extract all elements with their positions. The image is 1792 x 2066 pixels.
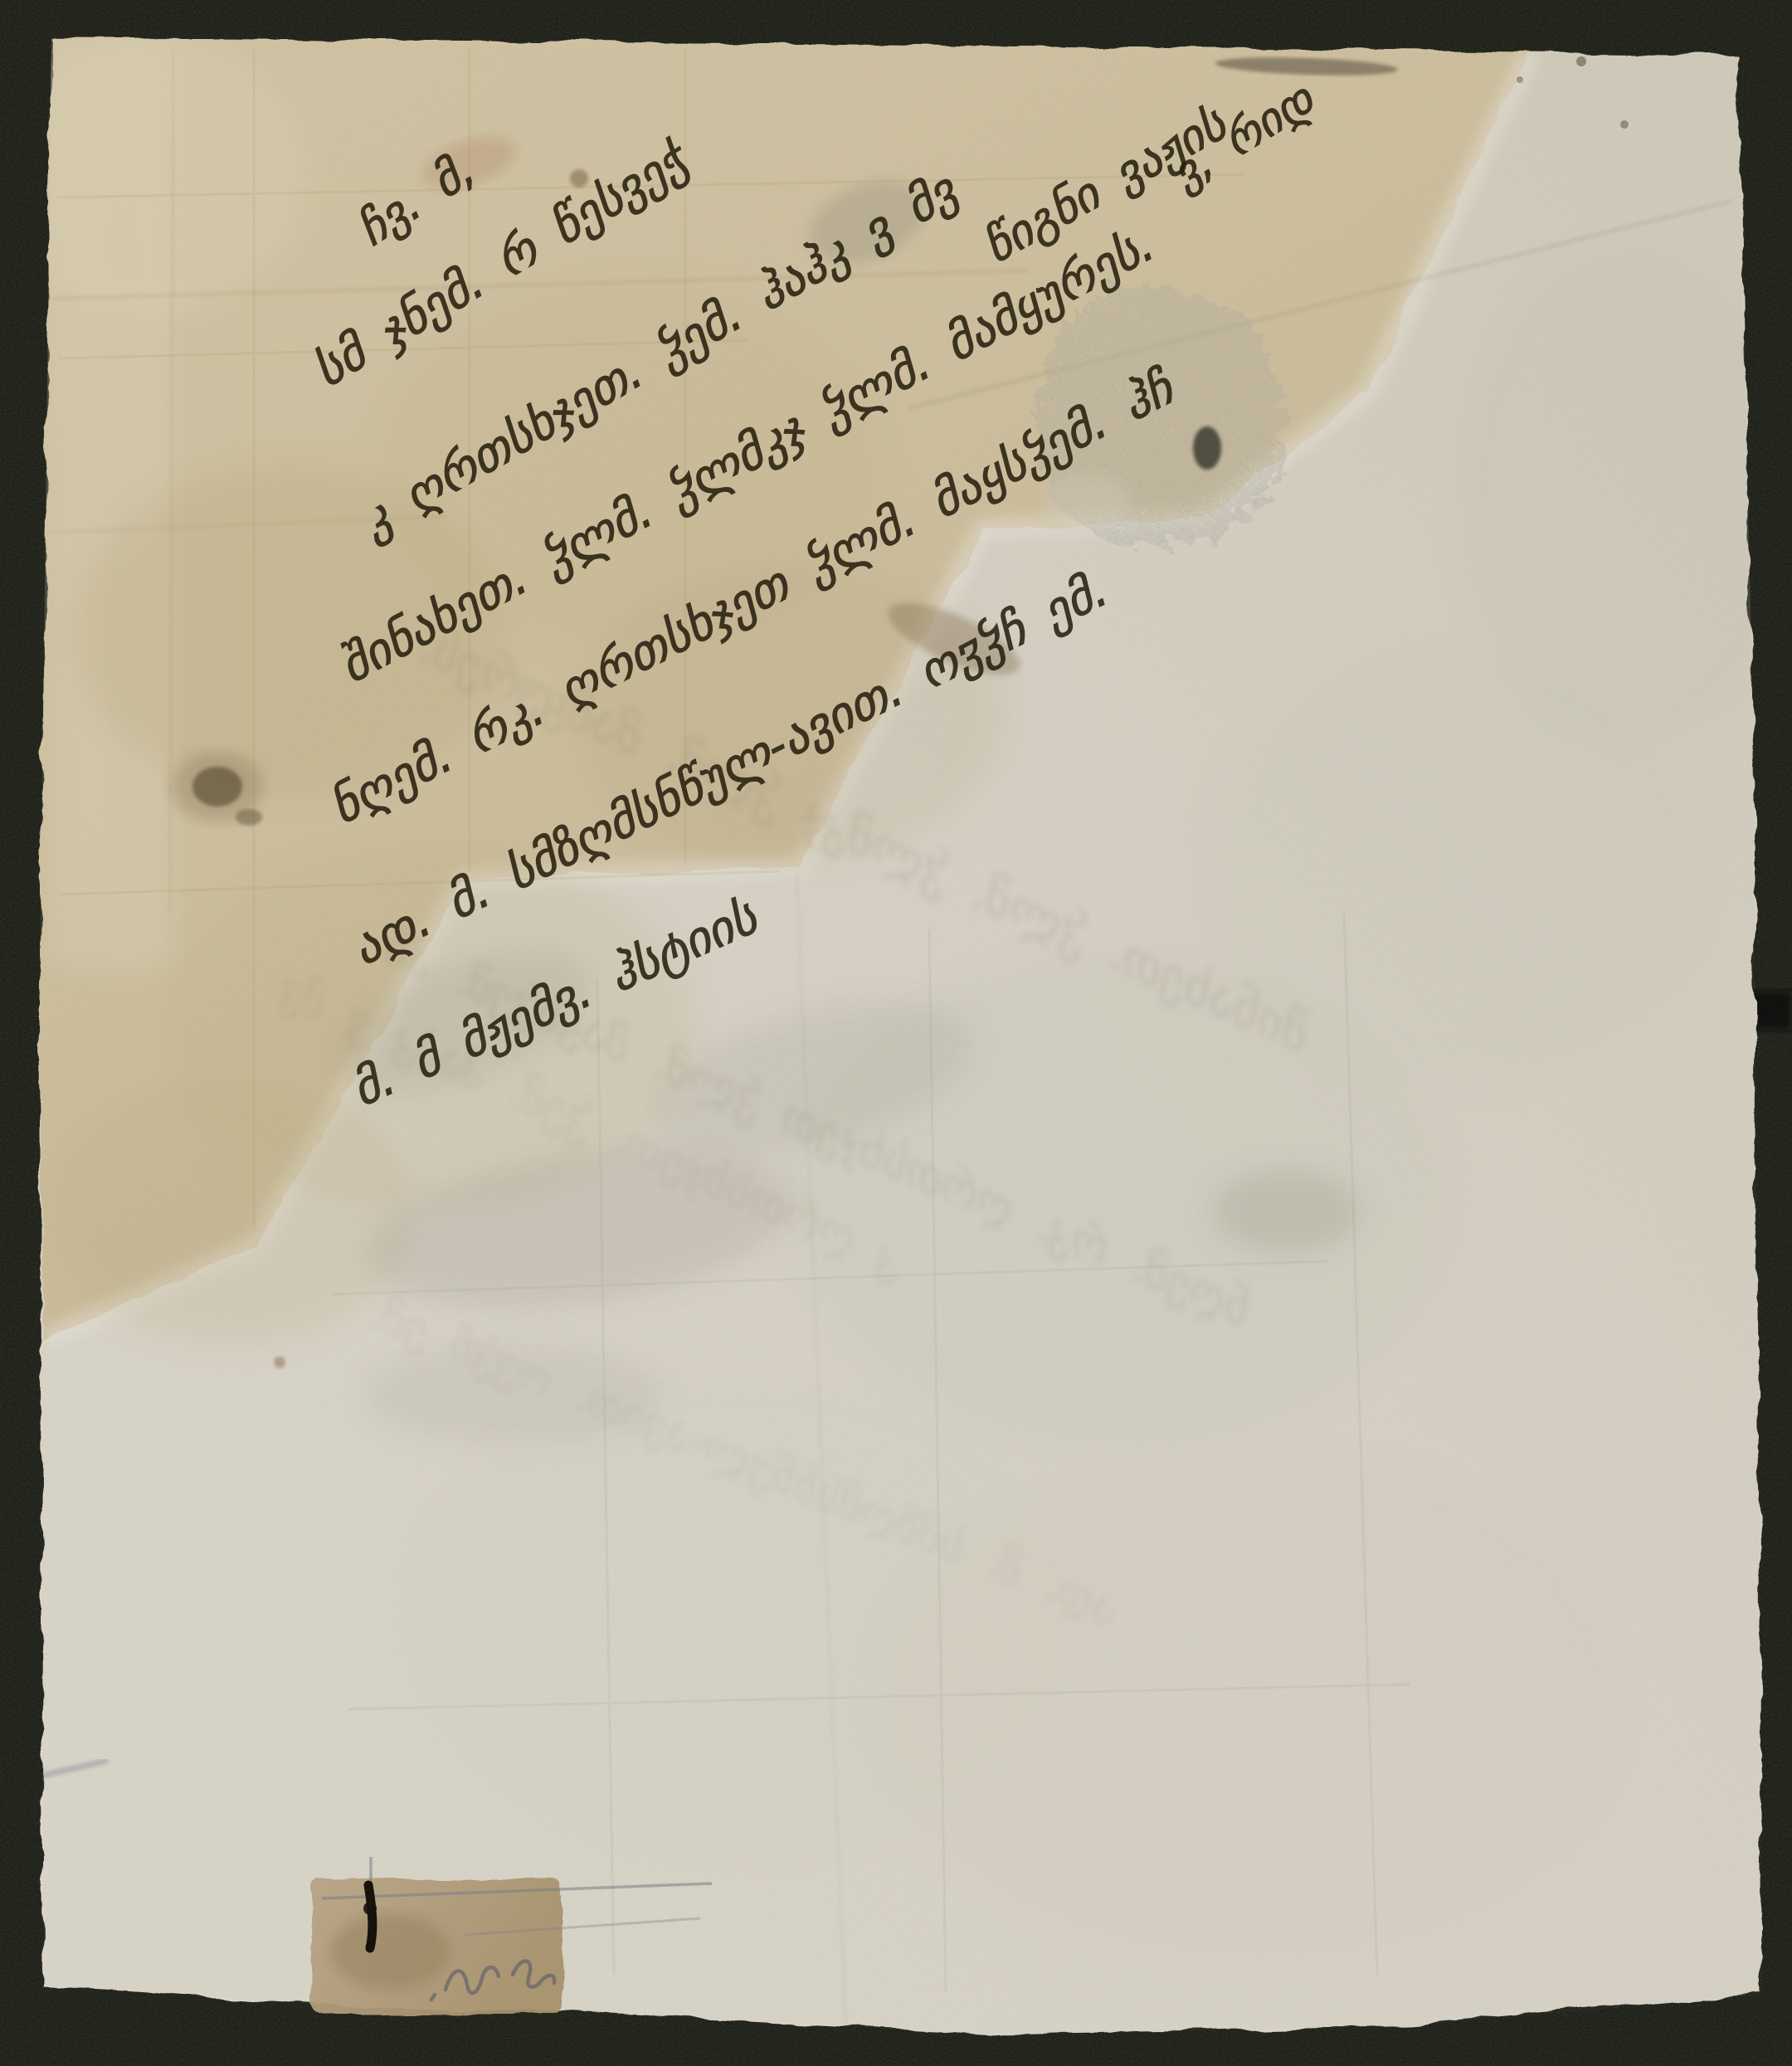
manuscript-canvas: შინახეთ. ჴლმ. ჴლმკჯ ჴლმ. მამყურეს. ნღემ.… bbox=[0, 0, 1792, 2066]
paper-grain bbox=[33, 33, 1775, 2041]
manuscript-photo: შინახეთ. ჴლმ. ჴლმკჯ ჴლმ. მამყურეს. ნღემ.… bbox=[0, 0, 1792, 2066]
tag-ink-mark bbox=[368, 1885, 373, 1948]
seal-ink-blot bbox=[1193, 426, 1221, 470]
